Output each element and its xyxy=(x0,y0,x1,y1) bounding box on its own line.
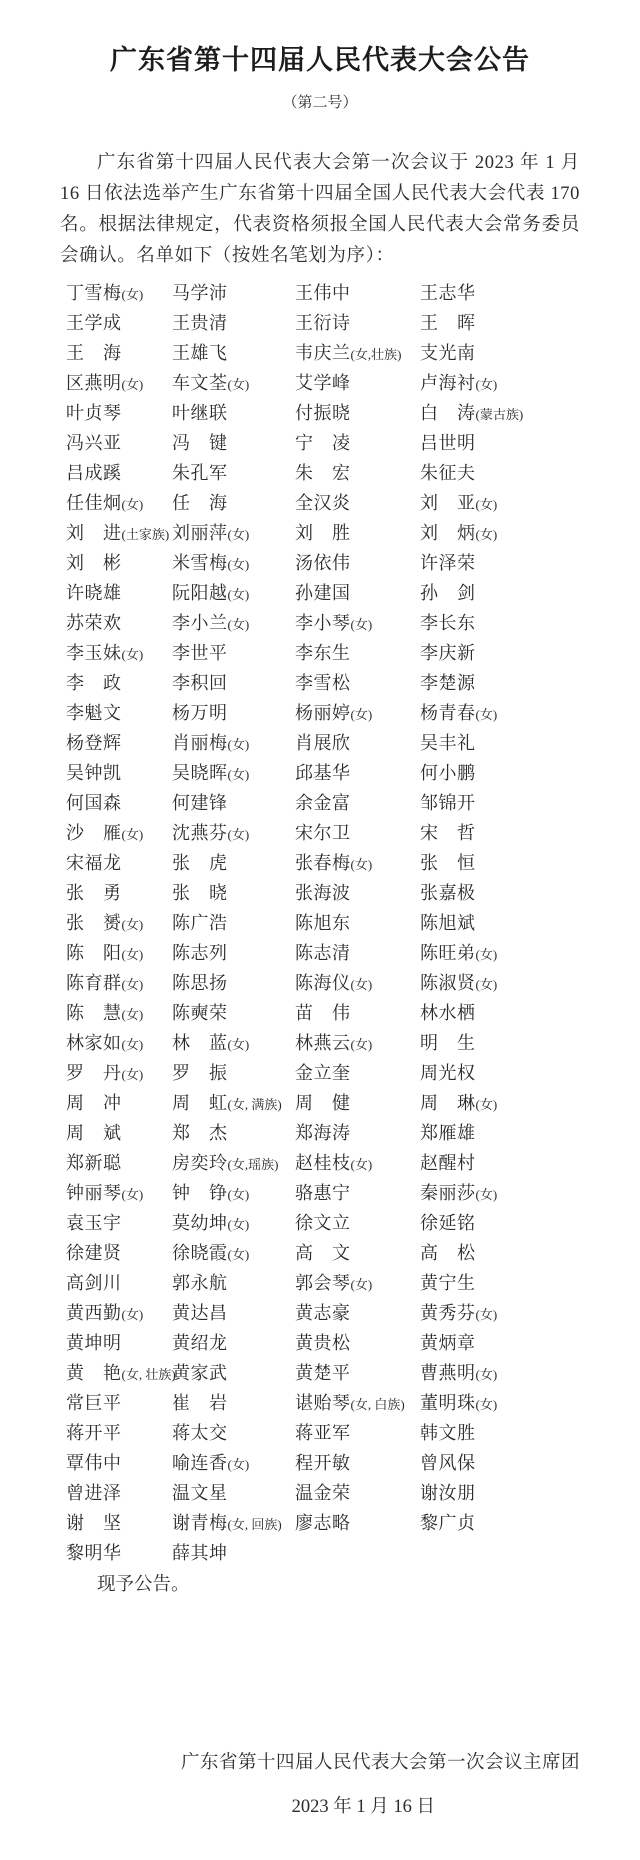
delegate-annotation: (女) xyxy=(122,827,144,842)
delegate-name: 徐延铭 xyxy=(420,1208,580,1240)
delegate-name: 莫幼坤(女) xyxy=(172,1208,295,1240)
delegate-name: 赵桂枝(女) xyxy=(295,1148,420,1180)
delegate-name: 区燕明(女) xyxy=(66,368,172,400)
delegate-annotation: (女, 满族) xyxy=(228,1097,282,1112)
delegate-name: 杨登辉 xyxy=(66,728,172,760)
delegate-name: 王志华 xyxy=(420,278,580,310)
delegate-name: 刘 进(土家族) xyxy=(66,518,172,550)
delegate-annotation: (女) xyxy=(228,587,250,602)
roster-row: 陈 阳(女)陈志列陈志清陈旺弟(女) xyxy=(60,938,580,968)
delegate-name: 骆惠宁 xyxy=(295,1178,420,1210)
delegate-name: 吕成蹊 xyxy=(66,458,172,488)
delegate-annotation: (女, 白族) xyxy=(351,1397,405,1412)
delegate-name: 叶继联 xyxy=(172,398,295,430)
delegate-name: 蒋太交 xyxy=(172,1418,295,1448)
roster-row: 周 冲周 虹(女, 满族)周 健周 琳(女) xyxy=(60,1088,580,1118)
delegate-annotation: (女) xyxy=(122,647,144,662)
delegate-name: 喻连香(女) xyxy=(172,1448,295,1480)
delegate-name: 艾学峰 xyxy=(295,368,420,400)
delegate-name: 邱基华 xyxy=(295,758,420,790)
roster-row: 林家如(女)林 蓝(女)林燕云(女)明 生 xyxy=(60,1028,580,1058)
delegate-name: 肖展欣 xyxy=(295,728,420,760)
delegate-name: 陈旭东 xyxy=(295,908,420,940)
delegate-annotation: (蒙古族) xyxy=(476,407,524,422)
delegate-name: 汤依伟 xyxy=(295,548,420,580)
delegate-name: 明 生 xyxy=(420,1028,580,1060)
delegate-name: 沈燕芬(女) xyxy=(172,818,295,850)
page-title: 广东省第十四届人民代表大会公告 xyxy=(60,42,580,78)
delegate-name: 林家如(女) xyxy=(66,1028,172,1060)
roster-row: 李玉妹(女)李世平李东生李庆新 xyxy=(60,638,580,668)
delegate-annotation: (女) xyxy=(476,497,498,512)
delegate-name: 黄 艳(女, 壮族) xyxy=(66,1358,172,1390)
delegate-name: 杨青春(女) xyxy=(420,698,580,730)
delegate-annotation: (女) xyxy=(476,1187,498,1202)
delegate-name: 徐晓霞(女) xyxy=(172,1238,295,1270)
delegate-annotation: (女) xyxy=(122,1007,144,1022)
delegate-name: 秦丽莎(女) xyxy=(420,1178,580,1210)
delegate-name: 冯兴亚 xyxy=(66,428,172,458)
delegate-annotation: (土家族) xyxy=(122,527,170,542)
delegate-name: 房奕玲(女,瑶族) xyxy=(172,1148,295,1180)
delegate-name: 周 琳(女) xyxy=(420,1088,580,1120)
delegate-name: 张 恒 xyxy=(420,848,580,880)
announcement-document: 广东省第十四届人民代表大会公告 （第二号） 广东省第十四届人民代表大会第一次会议… xyxy=(0,0,640,1860)
delegate-name: 沙 雁(女) xyxy=(66,818,172,850)
delegate-name: 张 勇 xyxy=(66,878,172,908)
delegate-name: 宁 凌 xyxy=(295,428,420,458)
delegate-name: 刘丽萍(女) xyxy=(172,518,295,550)
delegate-annotation: (女) xyxy=(122,287,144,302)
delegate-name: 王 海 xyxy=(66,338,172,370)
delegate-name: 苏荣欢 xyxy=(66,608,172,640)
delegate-name: 付振晓 xyxy=(295,398,420,430)
delegate-name: 韦庆兰(女,壮族) xyxy=(295,338,420,370)
delegate-name: 陈旺弟(女) xyxy=(420,938,580,970)
delegate-name: 高剑川 xyxy=(66,1268,172,1300)
delegate-name: 卢海衬(女) xyxy=(420,368,580,400)
delegate-name: 蒋亚军 xyxy=(295,1418,420,1448)
delegate-name: 任 海 xyxy=(172,488,295,520)
delegate-annotation: (女, 回族) xyxy=(228,1517,282,1532)
delegate-name: 黄秀芬(女) xyxy=(420,1298,580,1330)
delegate-name: 宋福龙 xyxy=(66,848,172,880)
roster-row: 徐建贤徐晓霞(女)高 文高 松 xyxy=(60,1238,580,1268)
delegate-name: 谢青梅(女, 回族) xyxy=(172,1508,295,1540)
delegate-name: 朱征夫 xyxy=(420,458,580,488)
delegate-name: 吴钟凯 xyxy=(66,758,172,790)
delegate-name: 张海波 xyxy=(295,878,420,908)
delegate-name: 宋 哲 xyxy=(420,818,580,850)
roster-row: 苏荣欢李小兰(女)李小琴(女)李长东 xyxy=(60,608,580,638)
delegate-name: 杨万明 xyxy=(172,698,295,730)
delegate-name: 李小琴(女) xyxy=(295,608,420,640)
delegate-name: 刘 炳(女) xyxy=(420,518,580,550)
delegate-name: 全汉炎 xyxy=(295,488,420,520)
delegate-name: 黎明华 xyxy=(66,1538,172,1568)
roster-row: 王 海王雄飞韦庆兰(女,壮族)支光南 xyxy=(60,338,580,368)
delegate-name: 陈旭斌 xyxy=(420,908,580,940)
delegate-name: 邹锦开 xyxy=(420,788,580,818)
delegate-name: 陈广浩 xyxy=(172,908,295,940)
delegate-name: 周 健 xyxy=(295,1088,420,1120)
delegate-name: 张 赟(女) xyxy=(66,908,172,940)
delegate-annotation: (女) xyxy=(228,527,250,542)
delegate-name: 黎广贞 xyxy=(420,1508,580,1540)
roster-row: 张 勇张 晓张海波张嘉极 xyxy=(60,878,580,908)
roster-row: 袁玉宇莫幼坤(女)徐文立徐延铭 xyxy=(60,1208,580,1238)
delegate-name: 徐文立 xyxy=(295,1208,420,1240)
delegate-name: 朱 宏 xyxy=(295,458,420,488)
delegate-name: 李楚源 xyxy=(420,668,580,698)
roster-row: 冯兴亚冯 键宁 凌吕世明 xyxy=(60,428,580,458)
roster-row: 黎明华薛其坤 xyxy=(60,1538,580,1568)
delegate-name: 吴晓晖(女) xyxy=(172,758,295,790)
delegate-name: 刘 胜 xyxy=(295,518,420,550)
roster-row: 常巨平崔 岩谌贻琴(女, 白族)董明珠(女) xyxy=(60,1388,580,1418)
roster-row: 刘 彬米雪梅(女)汤依伟许泽荣 xyxy=(60,548,580,578)
delegate-name: 朱孔军 xyxy=(172,458,295,488)
roster-row: 覃伟中喻连香(女)程开敏曾风保 xyxy=(60,1448,580,1478)
delegate-annotation: (女) xyxy=(122,947,144,962)
delegate-annotation: (女) xyxy=(122,1187,144,1202)
delegate-annotation: (女) xyxy=(476,707,498,722)
delegate-name: 张 虎 xyxy=(172,848,295,880)
delegate-name: 李长东 xyxy=(420,608,580,640)
delegate-name: 赵醒村 xyxy=(420,1148,580,1180)
delegate-name: 吴丰礼 xyxy=(420,728,580,760)
delegate-annotation: (女) xyxy=(228,1247,250,1262)
roster-row: 陈育群(女)陈思扬陈海仪(女)陈淑贤(女) xyxy=(60,968,580,998)
delegate-name: 袁玉宇 xyxy=(66,1208,172,1240)
delegate-name: 郑海涛 xyxy=(295,1118,420,1148)
delegate-name: 林燕云(女) xyxy=(295,1028,420,1060)
roster-row: 李魁文杨万明杨丽婷(女)杨青春(女) xyxy=(60,698,580,728)
delegate-name: 李庆新 xyxy=(420,638,580,670)
delegate-annotation: (女) xyxy=(476,977,498,992)
delegate-name: 黄贵松 xyxy=(295,1328,420,1358)
roster-row: 周 斌郑 杰郑海涛郑雁雄 xyxy=(60,1118,580,1148)
roster-row: 李 政李积回李雪松李楚源 xyxy=(60,668,580,698)
delegate-name: 何建锋 xyxy=(172,788,295,818)
delegate-name: 丁雪梅(女) xyxy=(66,278,172,310)
delegate-name: 徐建贤 xyxy=(66,1238,172,1270)
roster-row: 黄 艳(女, 壮族)黄家武黄楚平曹燕明(女) xyxy=(60,1358,580,1388)
roster-row: 何国森何建锋余金富邹锦开 xyxy=(60,788,580,818)
delegate-name: 谢汝朋 xyxy=(420,1478,580,1508)
roster-row: 谢 坚谢青梅(女, 回族)廖志略黎广贞 xyxy=(60,1508,580,1538)
delegate-annotation: (女) xyxy=(122,377,144,392)
roster-row: 许晓雄阮阳越(女)孙建国孙 剑 xyxy=(60,578,580,608)
delegate-name: 郑 杰 xyxy=(172,1118,295,1148)
delegate-annotation: (女) xyxy=(228,1457,250,1472)
delegate-name: 何小鹏 xyxy=(420,758,580,790)
delegate-annotation: (女) xyxy=(122,1307,144,1322)
delegate-name: 常巨平 xyxy=(66,1388,172,1420)
delegate-name: 董明珠(女) xyxy=(420,1388,580,1420)
delegate-name: 程开敏 xyxy=(295,1448,420,1480)
delegate-name: 陈奭荣 xyxy=(172,998,295,1030)
delegate-annotation: (女, 壮族) xyxy=(122,1367,176,1382)
delegate-annotation: (女) xyxy=(351,707,373,722)
roster-row: 宋福龙张 虎张春梅(女)张 恒 xyxy=(60,848,580,878)
date-line: 2023 年 1 月 16 日 xyxy=(60,1792,580,1822)
delegate-annotation: (女) xyxy=(228,1187,250,1202)
delegate-name: 曹燕明(女) xyxy=(420,1358,580,1390)
delegate-name: 郑雁雄 xyxy=(420,1118,580,1148)
delegate-name: 许泽荣 xyxy=(420,548,580,580)
delegate-name: 周光权 xyxy=(420,1058,580,1090)
roster-row: 刘 进(土家族)刘丽萍(女)刘 胜刘 炳(女) xyxy=(60,518,580,548)
delegate-name: 黄绍龙 xyxy=(172,1328,295,1358)
delegate-name: 许晓雄 xyxy=(66,578,172,610)
delegate-name: 李积回 xyxy=(172,668,295,698)
delegate-name: 郑新聪 xyxy=(66,1148,172,1180)
delegate-annotation: (女) xyxy=(476,1397,498,1412)
delegate-name: 王伟中 xyxy=(295,278,420,310)
delegate-name: 韩文胜 xyxy=(420,1418,580,1448)
delegate-annotation: (女) xyxy=(351,857,373,872)
delegate-name: 张嘉极 xyxy=(420,878,580,908)
delegate-name: 陈志列 xyxy=(172,938,295,970)
delegate-name: 白 涛(蒙古族) xyxy=(420,398,580,430)
delegate-annotation: (女) xyxy=(351,977,373,992)
delegate-name: 周 冲 xyxy=(66,1088,172,1120)
delegate-name: 陈思扬 xyxy=(172,968,295,1000)
intro-paragraph: 广东省第十四届人民代表大会第一次会议于 2023 年 1 月 16 日依法选举产… xyxy=(60,148,580,272)
delegate-annotation: (女) xyxy=(351,617,373,632)
delegate-annotation: (女) xyxy=(476,947,498,962)
delegate-annotation: (女) xyxy=(122,1037,144,1052)
delegate-name: 阮阳越(女) xyxy=(172,578,295,610)
delegate-name: 陈海仪(女) xyxy=(295,968,420,1000)
roster-row: 黄西勤(女)黄达昌黄志豪黄秀芬(女) xyxy=(60,1298,580,1328)
roster-row: 曾进泽温文星温金荣谢汝朋 xyxy=(60,1478,580,1508)
delegate-annotation: (女) xyxy=(351,1277,373,1292)
delegate-annotation: (女) xyxy=(122,1067,144,1082)
delegate-name: 叶贞琴 xyxy=(66,398,172,430)
delegate-name: 曾进泽 xyxy=(66,1478,172,1508)
delegate-annotation: (女) xyxy=(351,1037,373,1052)
delegate-name: 李魁文 xyxy=(66,698,172,730)
delegate-name: 孙建国 xyxy=(295,578,420,610)
delegate-annotation: (女) xyxy=(228,1217,250,1232)
delegate-name: 曾风保 xyxy=(420,1448,580,1480)
roster-row: 黄坤明黄绍龙黄贵松黄炳章 xyxy=(60,1328,580,1358)
delegate-name: 钟 铮(女) xyxy=(172,1178,295,1210)
delegate-name: 黄家武 xyxy=(172,1358,295,1390)
delegate-annotation: (女) xyxy=(228,767,250,782)
delegate-name: 何国森 xyxy=(66,788,172,818)
roster-row: 陈 慧(女)陈奭荣苗 伟林水栖 xyxy=(60,998,580,1028)
delegate-name: 米雪梅(女) xyxy=(172,548,295,580)
delegate-name: 黄西勤(女) xyxy=(66,1298,172,1330)
roster-row: 郑新聪房奕玲(女,瑶族)赵桂枝(女)赵醒村 xyxy=(60,1148,580,1178)
delegate-annotation: (女) xyxy=(228,617,250,632)
delegate-name: 金立奎 xyxy=(295,1058,420,1090)
roster-row: 区燕明(女)车文荃(女)艾学峰卢海衬(女) xyxy=(60,368,580,398)
delegate-annotation: (女) xyxy=(228,377,250,392)
delegate-annotation: (女) xyxy=(122,497,144,512)
delegate-annotation: (女) xyxy=(228,737,250,752)
roster-row: 任佳炯(女)任 海全汉炎刘 亚(女) xyxy=(60,488,580,518)
roster-row: 罗 丹(女)罗 振金立奎周光权 xyxy=(60,1058,580,1088)
delegate-annotation: (女) xyxy=(476,1307,498,1322)
delegate-name: 温文星 xyxy=(172,1478,295,1508)
roster-row: 吴钟凯吴晓晖(女)邱基华何小鹏 xyxy=(60,758,580,788)
delegate-annotation: (女,壮族) xyxy=(351,347,402,362)
delegate-name: 高 松 xyxy=(420,1238,580,1270)
delegate-name: 李小兰(女) xyxy=(172,608,295,640)
delegate-name: 任佳炯(女) xyxy=(66,488,172,520)
delegate-name: 陈 阳(女) xyxy=(66,938,172,970)
delegate-name: 陈志清 xyxy=(295,938,420,970)
delegate-name: 李雪松 xyxy=(295,668,420,698)
roster-row: 丁雪梅(女)马学沛王伟中王志华 xyxy=(60,278,580,308)
delegate-annotation: (女) xyxy=(228,557,250,572)
delegate-name: 温金荣 xyxy=(295,1478,420,1508)
delegate-name: 黄坤明 xyxy=(66,1328,172,1358)
delegate-name: 支光南 xyxy=(420,338,580,370)
delegate-name: 崔 岩 xyxy=(172,1388,295,1420)
delegate-name: 冯 键 xyxy=(172,428,295,458)
delegate-name: 陈淑贤(女) xyxy=(420,968,580,1000)
delegate-name: 黄宁生 xyxy=(420,1268,580,1300)
delegate-name: 黄炳章 xyxy=(420,1328,580,1358)
delegate-name: 林 蓝(女) xyxy=(172,1028,295,1060)
delegate-name: 马学沛 xyxy=(172,278,295,310)
delegate-name: 王贵清 xyxy=(172,308,295,338)
delegate-name: 王雄飞 xyxy=(172,338,295,370)
delegate-name: 谌贻琴(女, 白族) xyxy=(295,1388,420,1420)
delegate-name: 孙 剑 xyxy=(420,578,580,610)
delegate-name: 刘 彬 xyxy=(66,548,172,580)
delegate-name: 车文荃(女) xyxy=(172,368,295,400)
roster-row: 高剑川郭永航郭会琴(女)黄宁生 xyxy=(60,1268,580,1298)
delegate-name: 覃伟中 xyxy=(66,1448,172,1480)
roster-row: 张 赟(女)陈广浩陈旭东陈旭斌 xyxy=(60,908,580,938)
delegate-annotation: (女) xyxy=(228,827,250,842)
roster-row: 蒋开平蒋太交蒋亚军韩文胜 xyxy=(60,1418,580,1448)
delegate-name: 张 晓 xyxy=(172,878,295,908)
delegate-annotation: (女,瑶族) xyxy=(228,1157,279,1172)
signature-line: 广东省第十四届人民代表大会第一次会议主席团 xyxy=(60,1748,580,1778)
delegate-name: 王 晖 xyxy=(420,308,580,338)
delegate-annotation: (女) xyxy=(122,977,144,992)
roster-row: 沙 雁(女)沈燕芬(女)宋尔卫宋 哲 xyxy=(60,818,580,848)
delegate-name: 罗 振 xyxy=(172,1058,295,1090)
delegate-annotation: (女) xyxy=(476,377,498,392)
delegate-name: 黄达昌 xyxy=(172,1298,295,1330)
delegate-name: 余金富 xyxy=(295,788,420,818)
delegate-name: 薛其坤 xyxy=(172,1538,295,1568)
delegate-name: 李东生 xyxy=(295,638,420,670)
delegate-name: 李世平 xyxy=(172,638,295,670)
roster-row: 钟丽琴(女)钟 铮(女)骆惠宁秦丽莎(女) xyxy=(60,1178,580,1208)
delegate-annotation: (女) xyxy=(122,917,144,932)
delegate-annotation: (女) xyxy=(351,1157,373,1172)
delegate-name: 苗 伟 xyxy=(295,998,420,1030)
delegate-name: 黄志豪 xyxy=(295,1298,420,1330)
delegate-name: 周 斌 xyxy=(66,1118,172,1148)
roster-row: 吕成蹊朱孔军朱 宏朱征夫 xyxy=(60,458,580,488)
delegate-name: 肖丽梅(女) xyxy=(172,728,295,760)
delegate-name: 王学成 xyxy=(66,308,172,338)
roster-row: 叶贞琴叶继联付振晓白 涛(蒙古族) xyxy=(60,398,580,428)
delegate-name: 王衍诗 xyxy=(295,308,420,338)
delegate-name: 郭永航 xyxy=(172,1268,295,1300)
delegate-name: 谢 坚 xyxy=(66,1508,172,1540)
delegate-name: 吕世明 xyxy=(420,428,580,458)
delegate-annotation: (女) xyxy=(476,1097,498,1112)
delegate-name: 杨丽婷(女) xyxy=(295,698,420,730)
delegate-name: 刘 亚(女) xyxy=(420,488,580,520)
delegate-name: 高 文 xyxy=(295,1238,420,1270)
roster-row: 王学成王贵清王衍诗王 晖 xyxy=(60,308,580,338)
delegate-name: 蒋开平 xyxy=(66,1418,172,1448)
delegate-annotation: (女) xyxy=(476,527,498,542)
delegate-name: 郭会琴(女) xyxy=(295,1268,420,1300)
delegate-annotation: (女) xyxy=(476,1367,498,1382)
delegate-name: 钟丽琴(女) xyxy=(66,1178,172,1210)
closing-line: 现予公告。 xyxy=(60,1570,580,1600)
delegate-name: 罗 丹(女) xyxy=(66,1058,172,1090)
delegate-name: 陈 慧(女) xyxy=(66,998,172,1030)
delegate-name: 陈育群(女) xyxy=(66,968,172,1000)
delegate-name: 黄楚平 xyxy=(295,1358,420,1390)
delegate-name: 廖志略 xyxy=(295,1508,420,1540)
delegate-name: 张春梅(女) xyxy=(295,848,420,880)
delegate-name: 李玉妹(女) xyxy=(66,638,172,670)
name-roster: 丁雪梅(女)马学沛王伟中王志华王学成王贵清王衍诗王 晖王 海王雄飞韦庆兰(女,壮… xyxy=(60,278,580,1568)
delegate-annotation: (女) xyxy=(228,1037,250,1052)
delegate-name: 周 虹(女, 满族) xyxy=(172,1088,295,1120)
delegate-name: 李 政 xyxy=(66,668,172,698)
delegate-name: 宋尔卫 xyxy=(295,818,420,850)
roster-row: 杨登辉肖丽梅(女)肖展欣吴丰礼 xyxy=(60,728,580,758)
doc-number-subtitle: （第二号） xyxy=(60,92,580,114)
delegate-name: 林水栖 xyxy=(420,998,580,1030)
